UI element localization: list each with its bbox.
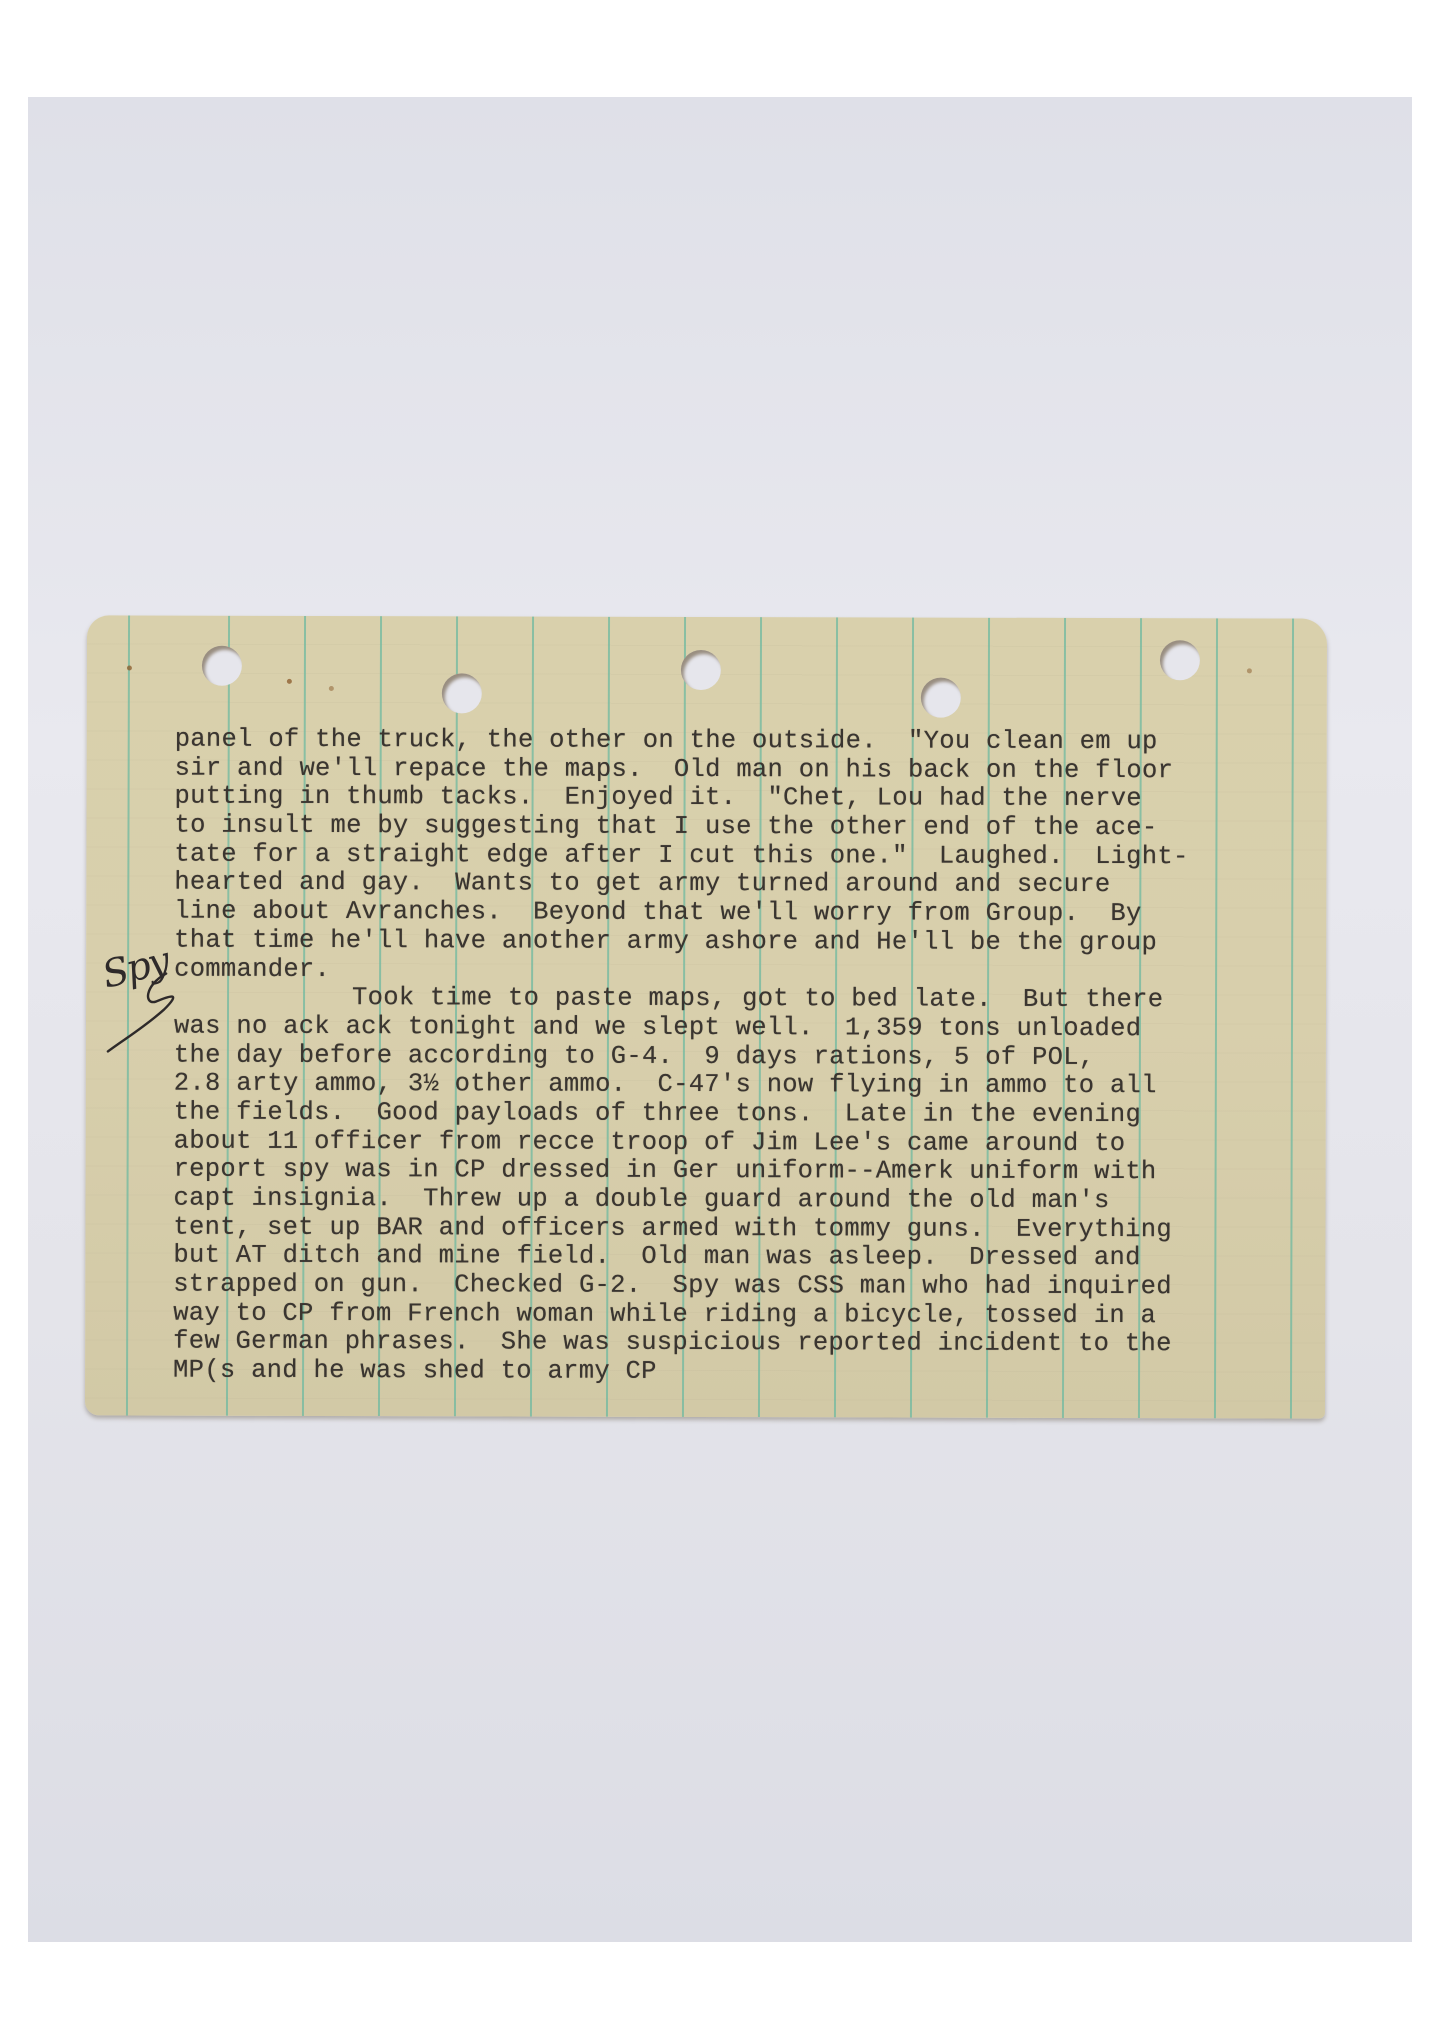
typed-line: tent, set up BAR and officers armed with… [173,1213,1313,1245]
paper-stain [287,679,292,684]
typed-line: the fields. Good payloads of three tons.… [174,1099,1314,1131]
paper-stain [329,686,334,691]
typed-line: that time he'll have another army ashore… [174,926,1314,958]
paper-stain [127,665,132,670]
typed-line: the day before according to G-4. 9 days … [174,1041,1314,1073]
typed-line: but AT ditch and mine field. Old man was… [173,1242,1313,1274]
typed-line: MP(s and he was shed to army CP [173,1357,1313,1389]
typed-line: panel of the truck, the other on the out… [175,726,1315,758]
typed-line: strapped on gun. Checked G-2. Spy was CS… [173,1271,1313,1303]
typed-line: sir and we'll repace the maps. Old man o… [175,754,1315,786]
typed-line: tate for a straight edge after I cut thi… [174,840,1314,872]
punch-hole [681,650,721,690]
typed-line: hearted and gay. Wants to get army turne… [174,869,1314,901]
typed-line: way to CP from French woman while riding… [173,1299,1313,1331]
typed-line: few German phrases. She was suspicious r… [173,1328,1313,1360]
typed-line: capt insignia. Threw up a double guard a… [173,1185,1313,1217]
typed-text-block: panel of the truck, the other on the out… [173,726,1315,1389]
punch-hole [202,646,242,686]
typed-line: putting in thumb tacks. Enjoyed it. "Che… [175,783,1315,815]
typed-line: line about Avranches. Beyond that we'll … [174,898,1314,930]
typed-line: 2.8 arty ammo, 3½ other ammo. C-47's now… [174,1070,1314,1102]
punch-hole [1160,640,1200,680]
typed-line: Took time to paste maps, got to bed late… [174,984,1314,1016]
typed-line: commander. [174,955,1314,987]
typed-line: was no ack ack tonight and we slept well… [174,1012,1314,1044]
typed-line: to insult me by suggesting that I use th… [174,812,1314,844]
punch-hole [921,678,961,718]
typed-line: about 11 officer from recce troop of Jim… [174,1127,1314,1159]
paper-stain [1247,668,1252,673]
index-card: Spy panel of the truck, the other on the… [85,615,1327,1418]
typed-line: report spy was in CP dressed in Ger unif… [174,1156,1314,1188]
punch-hole [442,673,482,713]
